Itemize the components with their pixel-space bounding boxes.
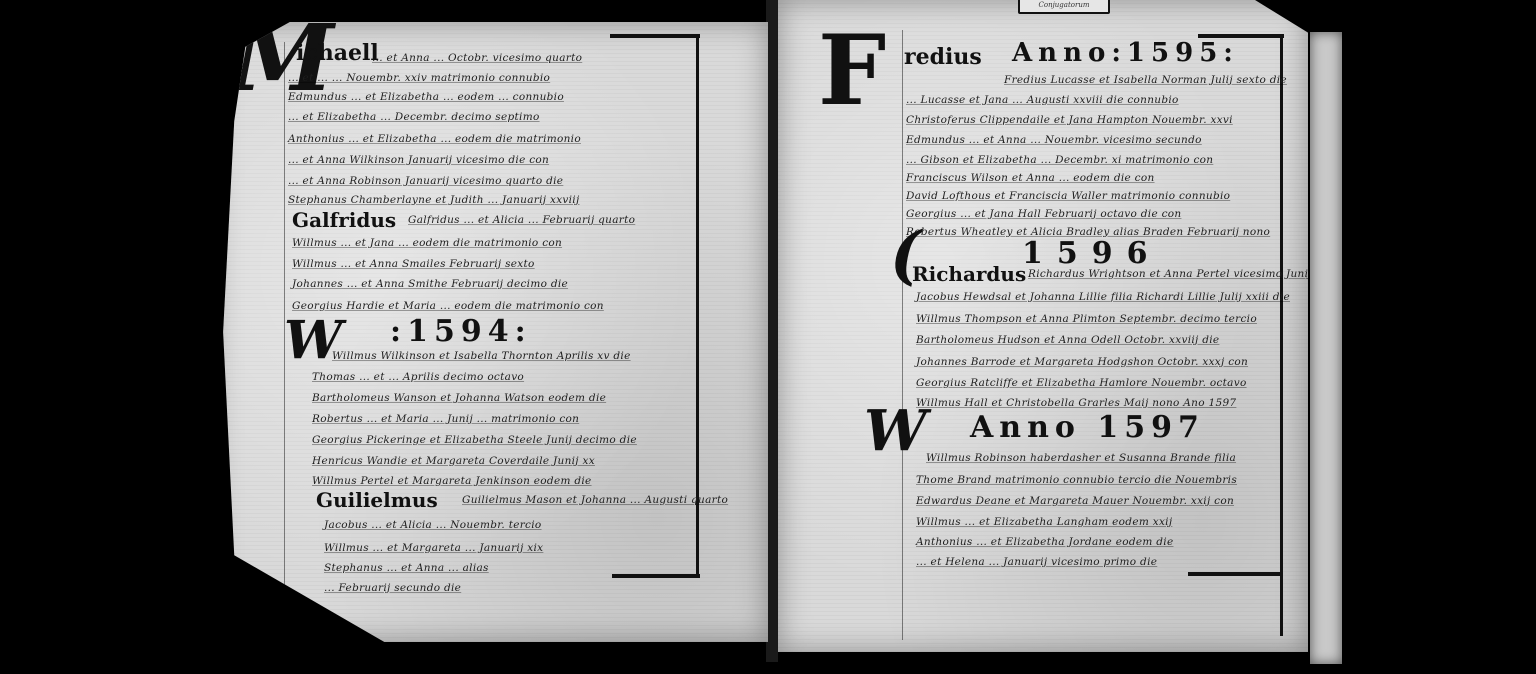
entry: ... et Anna ... Octobr. vicesimo quarto: [372, 52, 582, 64]
entry: Fredius Lucasse et Isabella Norman Julij…: [1004, 74, 1287, 86]
year-heading-1597: Anno 1597: [970, 410, 1205, 445]
left-page: M ichaell ... et Anna ... Octobr. vicesi…: [212, 22, 768, 642]
entry: Christoferus Clippendaile et Jana Hampto…: [906, 114, 1233, 126]
heading-richardus: Richardus: [912, 262, 1026, 286]
decorated-initial-f: F: [818, 14, 886, 127]
entry: Willmus ... et Jana ... eodem die matrim…: [292, 237, 562, 249]
entry: Anthonius ... et Elizabetha ... eodem di…: [288, 133, 581, 145]
entry: Willmus ... et Anna Smailes Februarij se…: [292, 258, 535, 270]
entry: Thomas ... et ... Aprilis decimo octavo: [312, 371, 524, 383]
right-cartouche: Conjugatorum: [1018, 0, 1110, 14]
entry: David Lofthous et Franciscia Waller matr…: [906, 190, 1230, 202]
entry: ... et Helena ... Januarij vicesimo prim…: [916, 556, 1157, 568]
decorated-initial-w-1597: W: [864, 398, 927, 464]
entry: Jacobus ... et Alicia ... Nouembr. terci…: [324, 519, 542, 531]
entry: Willmus ... et Margareta ... Januarij xi…: [324, 542, 543, 554]
entry: Georgius Ratcliffe et Elizabetha Hamlore…: [916, 377, 1247, 389]
right-right-rule: [1280, 36, 1283, 636]
entry: Stephanus Chamberlayne et Judith ... Jan…: [288, 194, 580, 206]
entry: Robertus ... et Maria ... Junij ... matr…: [312, 413, 579, 425]
entry: Willmus Hall et Christobella Grarles Mai…: [916, 397, 1236, 409]
entry: ... et Anna Wilkinson Januarij vicesimo …: [288, 154, 549, 166]
entry: Willmus Robinson haberdasher et Susanna …: [926, 452, 1236, 464]
entry: Willmus Pertel et Margareta Jenkinson eo…: [312, 475, 592, 487]
entry: ... et Elizabetha ... Decembr. decimo se…: [288, 111, 540, 123]
entry: ... Februarij secundo die: [324, 582, 461, 594]
entry: Franciscus Wilson et Anna ... eodem die …: [906, 172, 1155, 184]
entry: Bartholomeus Hudson et Anna Odell Octobr…: [916, 334, 1219, 346]
heading-fredius: redius: [904, 44, 982, 70]
left-bottom-rule: [612, 574, 700, 578]
year-heading-1594: :1594:: [390, 314, 532, 349]
entry: Thome Brand matrimonio connubio tercio d…: [916, 474, 1237, 486]
entry: Willmus Thompson et Anna Plimton Septemb…: [916, 313, 1257, 325]
entry: Georgius ... et Jana Hall Februarij octa…: [906, 208, 1181, 220]
heading-michaell: ichaell: [296, 40, 379, 66]
heading-galfridus: Galfridus: [292, 208, 396, 232]
entry: Willmus ... et Elizabetha Langham eodem …: [916, 516, 1172, 528]
entry: Edmundus ... et Anna ... Nouembr. vicesi…: [906, 134, 1202, 146]
entry: Johannes Barrode et Margareta Hodgshon O…: [916, 356, 1248, 368]
heading-guilielmus: Guilielmus: [316, 488, 438, 512]
entry: ... et Anna Robinson Januarij vicesimo q…: [288, 175, 563, 187]
left-cartouche: [392, 4, 468, 22]
entry: Jacobus Hewdsal et Johanna Lillie filia …: [916, 291, 1290, 303]
entry: Edmundus ... et Elizabetha ... eodem ...…: [288, 91, 564, 103]
entry: Willmus Wilkinson et Isabella Thornton A…: [332, 350, 631, 362]
entry: Johannes ... et Anna Smithe Februarij de…: [292, 278, 568, 290]
entry: Galfridus ... et Alicia ... Februarij qu…: [408, 214, 635, 226]
right-page: Conjugatorum F redius Anno:1595: Fredius…: [778, 0, 1308, 652]
left-top-rule: [610, 34, 700, 38]
entry: ... et ... ... Nouembr. xxiv matrimonio …: [288, 72, 550, 84]
entry: Guilielmus Mason et Johanna ... Augusti …: [462, 494, 728, 506]
entry: Henricus Wandie et Margareta Coverdaile …: [312, 455, 595, 467]
year-heading-1595: Anno:1595:: [1012, 38, 1239, 68]
entry: ... Lucasse et Jana ... Augusti xxviii d…: [906, 94, 1179, 106]
entry: Georgius Pickeringe et Elizabetha Steele…: [312, 434, 637, 446]
year-heading-1596: 1596: [1022, 236, 1162, 271]
entry: Anthonius ... et Elizabetha Jordane eode…: [916, 536, 1173, 548]
right-bottom-rule: [1188, 572, 1282, 576]
entry: Bartholomeus Wanson et Johanna Watson eo…: [312, 392, 606, 404]
entry: ... Gibson et Elizabetha ... Decembr. xi…: [906, 154, 1213, 166]
entry: Stephanus ... et Anna ... alias: [324, 562, 489, 574]
right-margin-line: [902, 30, 903, 640]
entry: Richardus Wrightson et Anna Pertel vices…: [1028, 268, 1312, 280]
entry: Edwardus Deane et Margareta Mauer Nouemb…: [916, 495, 1234, 507]
page-edge-flap: [1310, 32, 1342, 664]
